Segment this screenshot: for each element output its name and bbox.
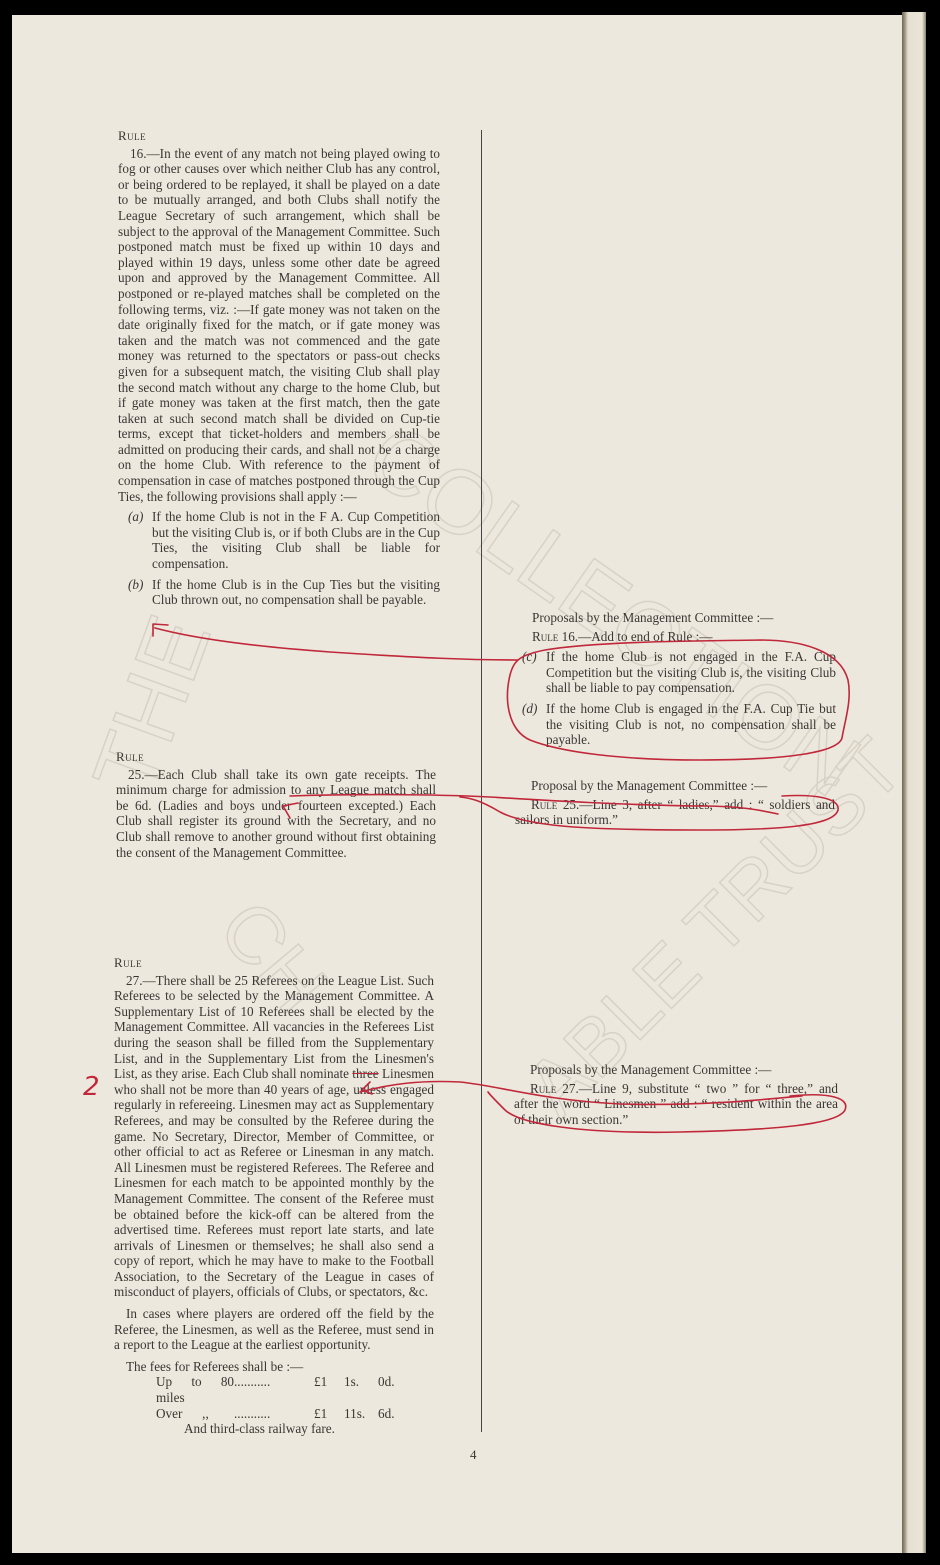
item-label: (c) (512, 649, 546, 696)
item-label: (a) (118, 509, 152, 571)
rule-27-text-before: 27.—There shall be 25 Referees on the Le… (114, 973, 434, 1082)
fee-shillings: 1s. (344, 1374, 378, 1405)
rule-16-item-b: (b) If the home Club is in the Cup Ties … (118, 577, 440, 608)
proposal-intro: Proposals by the Management Committee :— (532, 610, 836, 626)
item-text: If the home Club is not engaged in the F… (546, 649, 836, 696)
fee-row: Over ,, ........... £1 11s. 6d. (126, 1406, 434, 1422)
column-divider (481, 130, 482, 1432)
fees-footer: And third-class railway fare. (126, 1421, 434, 1437)
referee-fees: The fees for Referees shall be :— Up to … (114, 1359, 434, 1437)
rule-text: 27.—Line 9, substitute “ two ” for “ thr… (514, 1081, 838, 1127)
rule-label: Rule (530, 1081, 556, 1096)
fee-pounds: £1 (314, 1406, 344, 1422)
page-number: 4 (470, 1447, 477, 1463)
rule-label: Rule (531, 797, 557, 812)
rule-heading: Rule (116, 749, 436, 765)
item-label: (d) (512, 701, 546, 748)
proposal-intro: Proposal by the Management Committee :— (515, 778, 835, 794)
fee-desc: Up to 80 miles (156, 1374, 234, 1405)
item-label: (b) (118, 577, 152, 608)
rule-27-body: 27.—There shall be 25 Referees on the Le… (114, 973, 434, 1300)
proposal-25-section: Proposal by the Management Committee :— … (515, 778, 835, 828)
rule-16-section: Rule 16.—In the event of any match not b… (118, 128, 440, 608)
margin-annotation-number: 2 (83, 1072, 100, 1102)
proposal-16-section: Proposals by the Management Committee :—… (532, 610, 836, 748)
rule-heading: Rule (114, 955, 434, 971)
fee-desc: Over ,, (156, 1406, 234, 1422)
rule-label: Rule (532, 629, 558, 644)
fee-dots: ........... (234, 1406, 314, 1422)
fees-intro: The fees for Referees shall be :— (126, 1359, 434, 1375)
fee-pence: 6d. (378, 1406, 408, 1422)
rule-27-para2: In cases where players are ordered off t… (114, 1306, 434, 1353)
fee-shillings: 11s. (344, 1406, 378, 1422)
proposal-rule-line: Rule 16.—Add to end of Rule :— (532, 629, 836, 645)
struck-word: three (352, 1066, 378, 1081)
rule-25-body: 25.—Each Club shall take its own gate re… (116, 767, 436, 861)
page-spine-edge (902, 12, 926, 1553)
fee-dots: ........... (234, 1374, 314, 1405)
proposal-rule-line: Rule 27.—Line 9, substitute “ two ” for … (514, 1081, 838, 1128)
item-text: If the home Club is in the Cup Ties but … (152, 577, 440, 608)
proposal-16-item-c: (c) If the home Club is not engaged in t… (512, 649, 836, 696)
item-text: If the home Club is not in the F A. Cup … (152, 509, 440, 571)
proposal-16-item-d: (d) If the home Club is engaged in the F… (512, 701, 836, 748)
fee-pounds: £1 (314, 1374, 344, 1405)
rule-text: 16.—Add to end of Rule :— (558, 629, 712, 644)
item-text: If the home Club is engaged in the F.A. … (546, 701, 836, 748)
rule-27-text-after: Linesmen who shall not be more than 40 y… (114, 1066, 434, 1299)
proposal-intro: Proposals by the Management Committee :— (514, 1062, 838, 1078)
fee-pence: 0d. (378, 1374, 408, 1405)
rule-heading: Rule (118, 128, 440, 144)
rule-25-section: Rule 25.—Each Club shall take its own ga… (116, 749, 436, 860)
proposal-27-section: Proposals by the Management Committee :—… (514, 1062, 838, 1127)
proposal-rule-line: Rule 25.—Line 3, after “ ladies,” add : … (515, 797, 835, 828)
rule-16-body: 16.—In the event of any match not being … (118, 146, 440, 505)
rule-text: 25.—Line 3, after “ ladies,” add : “ sol… (515, 797, 835, 828)
rule-16-item-a: (a) If the home Club is not in the F A. … (118, 509, 440, 571)
fee-row: Up to 80 miles ........... £1 1s. 0d. (126, 1374, 434, 1405)
rule-27-section: Rule 27.—There shall be 25 Referees on t… (114, 955, 434, 1437)
